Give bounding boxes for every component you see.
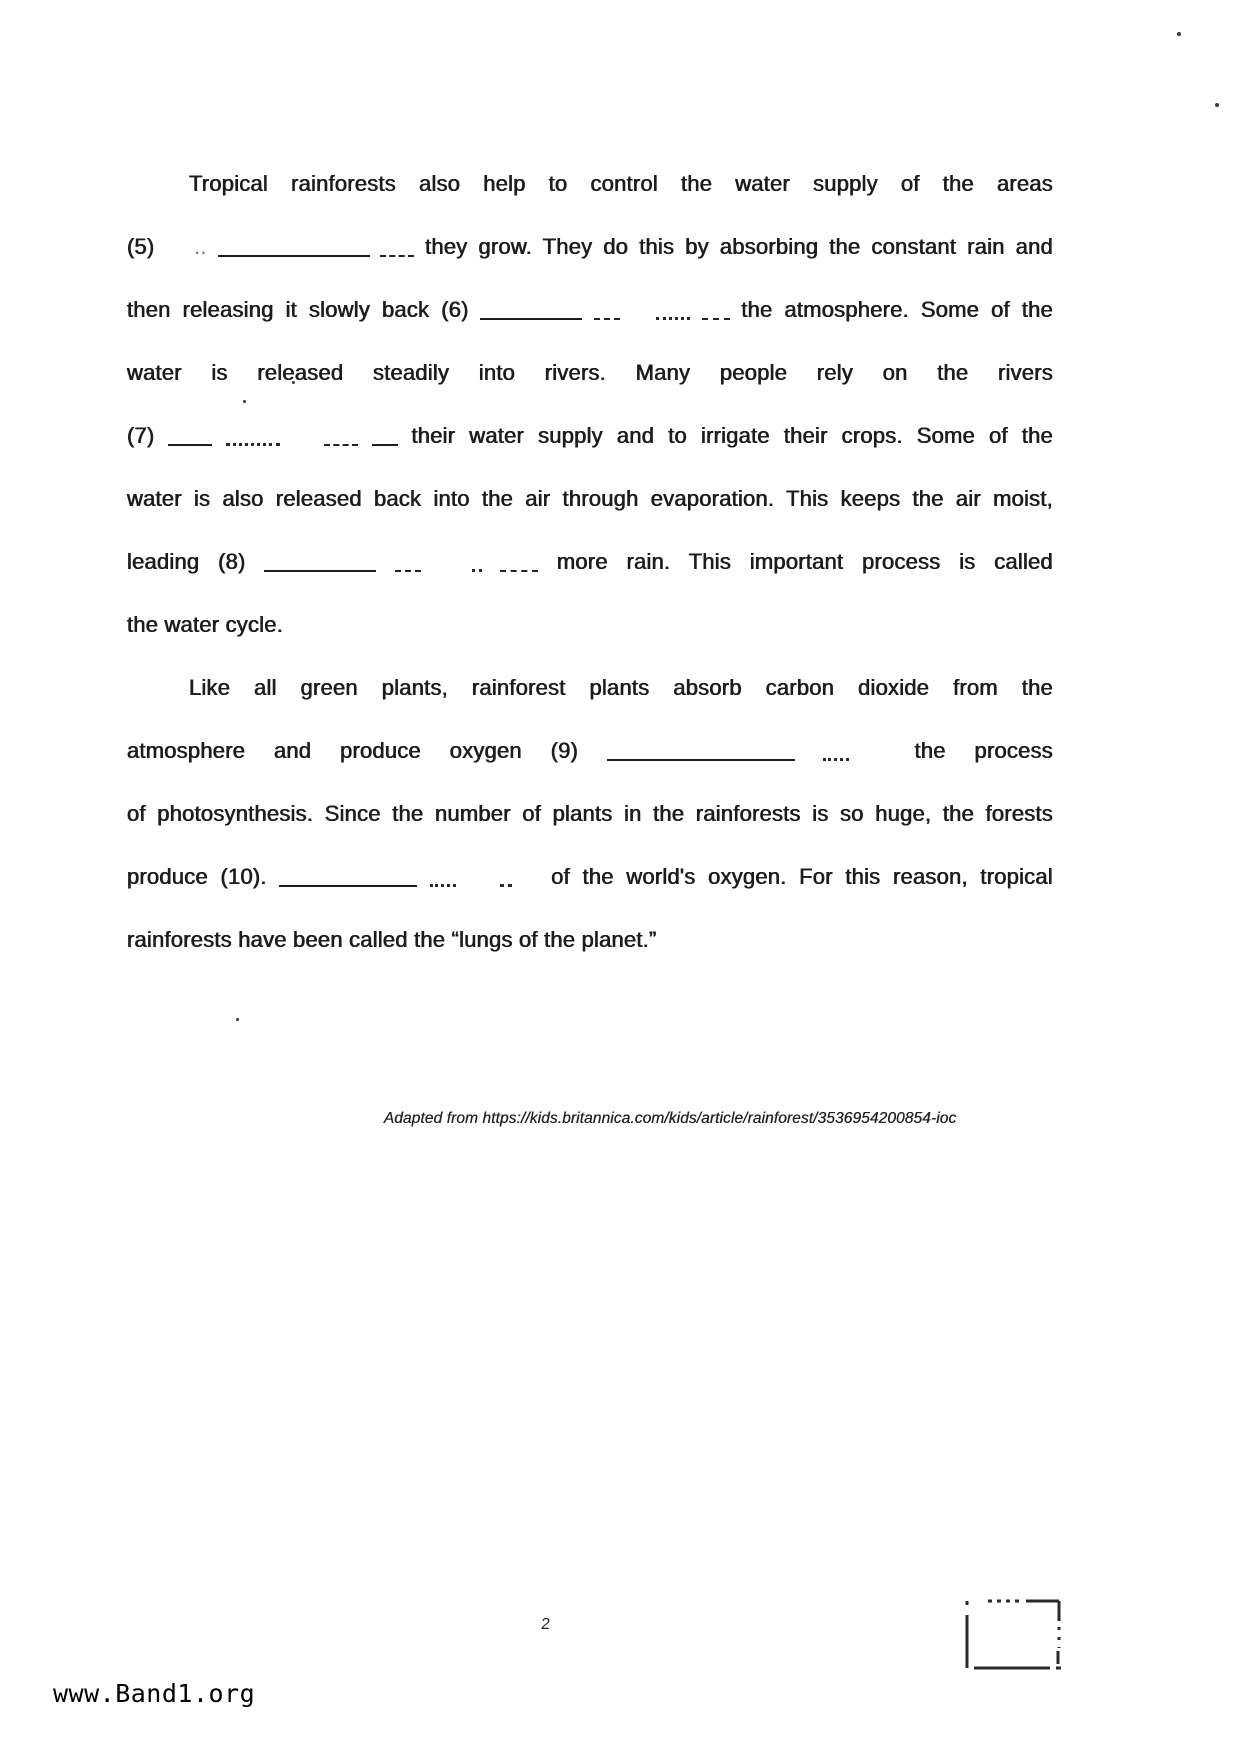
answer-blank: [594, 300, 620, 320]
passage-line: Tropical rainforests also help to contro…: [127, 172, 1053, 196]
watermark-url: www.Band1.org: [53, 1679, 255, 1708]
passage-line: (7) their water supply and to irrigate t…: [127, 424, 1053, 448]
passage-text: their water supply and to irrigate their…: [411, 423, 1053, 448]
answer-blank: [430, 866, 456, 887]
answer-blank: [372, 426, 398, 446]
score-box-outline: [961, 1594, 1067, 1676]
passage-line: the water cycle.: [127, 613, 1053, 637]
answer-blank: [656, 299, 690, 320]
blank-gap: [468, 869, 488, 887]
passage-text: ..: [194, 234, 207, 259]
scan-speck: [236, 1018, 239, 1021]
passage-text: water is released steadily into rivers. …: [127, 360, 1053, 385]
passage-text: more rain. This important process is cal…: [557, 549, 1053, 574]
passage-text: the water cycle.: [127, 612, 283, 637]
answer-blank: [500, 866, 512, 887]
passage-line: produce (10). of the world's oxygen. For…: [127, 865, 1053, 889]
passage-text: atmosphere and produce oxygen (9): [127, 738, 578, 763]
blank-gap: [439, 554, 453, 572]
passage-text: rainforests have been called the “lungs …: [127, 927, 657, 952]
passage-text: of photosynthesis. Since the number of p…: [127, 801, 1053, 826]
passage-text: Tropical rainforests also help to contro…: [189, 171, 1053, 196]
passage-text: produce (10).: [127, 864, 267, 889]
passage-line: leading (8) more rain. This important pr…: [127, 550, 1053, 574]
passage-line: water is released steadily into rivers. …: [127, 361, 1053, 385]
passage-text: leading (8): [127, 549, 246, 574]
page-number: 2: [540, 1616, 551, 1634]
answer-blank: [702, 300, 730, 320]
answer-blank: [500, 552, 538, 572]
blank-gap: [294, 428, 310, 446]
blank-gap: [878, 743, 886, 761]
passage-line: Like all green plants, rainforest plants…: [127, 676, 1053, 700]
blank-gap: [632, 302, 644, 320]
blank-gap: [525, 869, 539, 887]
answer-blank: [279, 867, 417, 887]
passage: Tropical rainforests also help to contro…: [127, 172, 1053, 991]
answer-blank: [472, 551, 482, 572]
answer-blank: [395, 552, 421, 572]
passage-line: of photosynthesis. Since the number of p…: [127, 802, 1053, 826]
answer-blank: [480, 300, 582, 320]
answer-blank: [823, 740, 849, 761]
passage-line: rainforests have been called the “lungs …: [127, 928, 1053, 952]
passage-line: atmosphere and produce oxygen (9) the pr…: [127, 739, 1053, 763]
passage-line: then releasing it slowly back (6) the at…: [127, 298, 1053, 322]
scan-speck: [243, 400, 246, 403]
passage-text: (7): [127, 423, 155, 448]
answer-blank: [226, 425, 280, 446]
source-citation: Adapted from https://kids.britannica.com…: [280, 1110, 1060, 1128]
passage-text: the atmosphere. Some of the: [741, 297, 1053, 322]
answer-blank: [324, 426, 358, 446]
passage-text: water is also released back into the air…: [127, 486, 1053, 511]
passage-text: Like all green plants, rainforest plants…: [189, 675, 1053, 700]
scan-speck: [1215, 103, 1219, 107]
answer-blank: [218, 237, 370, 257]
blank-gap: [165, 239, 183, 257]
scanned-worksheet-page: Tropical rainforests also help to contro…: [0, 0, 1239, 1754]
score-box: [961, 1594, 1067, 1681]
answer-blank: [607, 741, 795, 761]
answer-blank: [380, 237, 414, 257]
passage-line: (5) .. they grow. They do this by absorb…: [127, 235, 1053, 259]
answer-blank: [168, 426, 212, 446]
passage-text: the process: [915, 738, 1053, 763]
passage-line: water is also released back into the air…: [127, 487, 1053, 511]
scan-speck: [1177, 32, 1181, 36]
passage-text: then releasing it slowly back (6): [127, 297, 469, 322]
passage-text: (5): [127, 234, 155, 259]
answer-blank: [264, 552, 376, 572]
passage-text: they grow. They do this by absorbing the…: [425, 234, 1053, 259]
scan-speck: [292, 381, 295, 384]
passage-text: of the world's oxygen. For this reason, …: [551, 864, 1053, 889]
